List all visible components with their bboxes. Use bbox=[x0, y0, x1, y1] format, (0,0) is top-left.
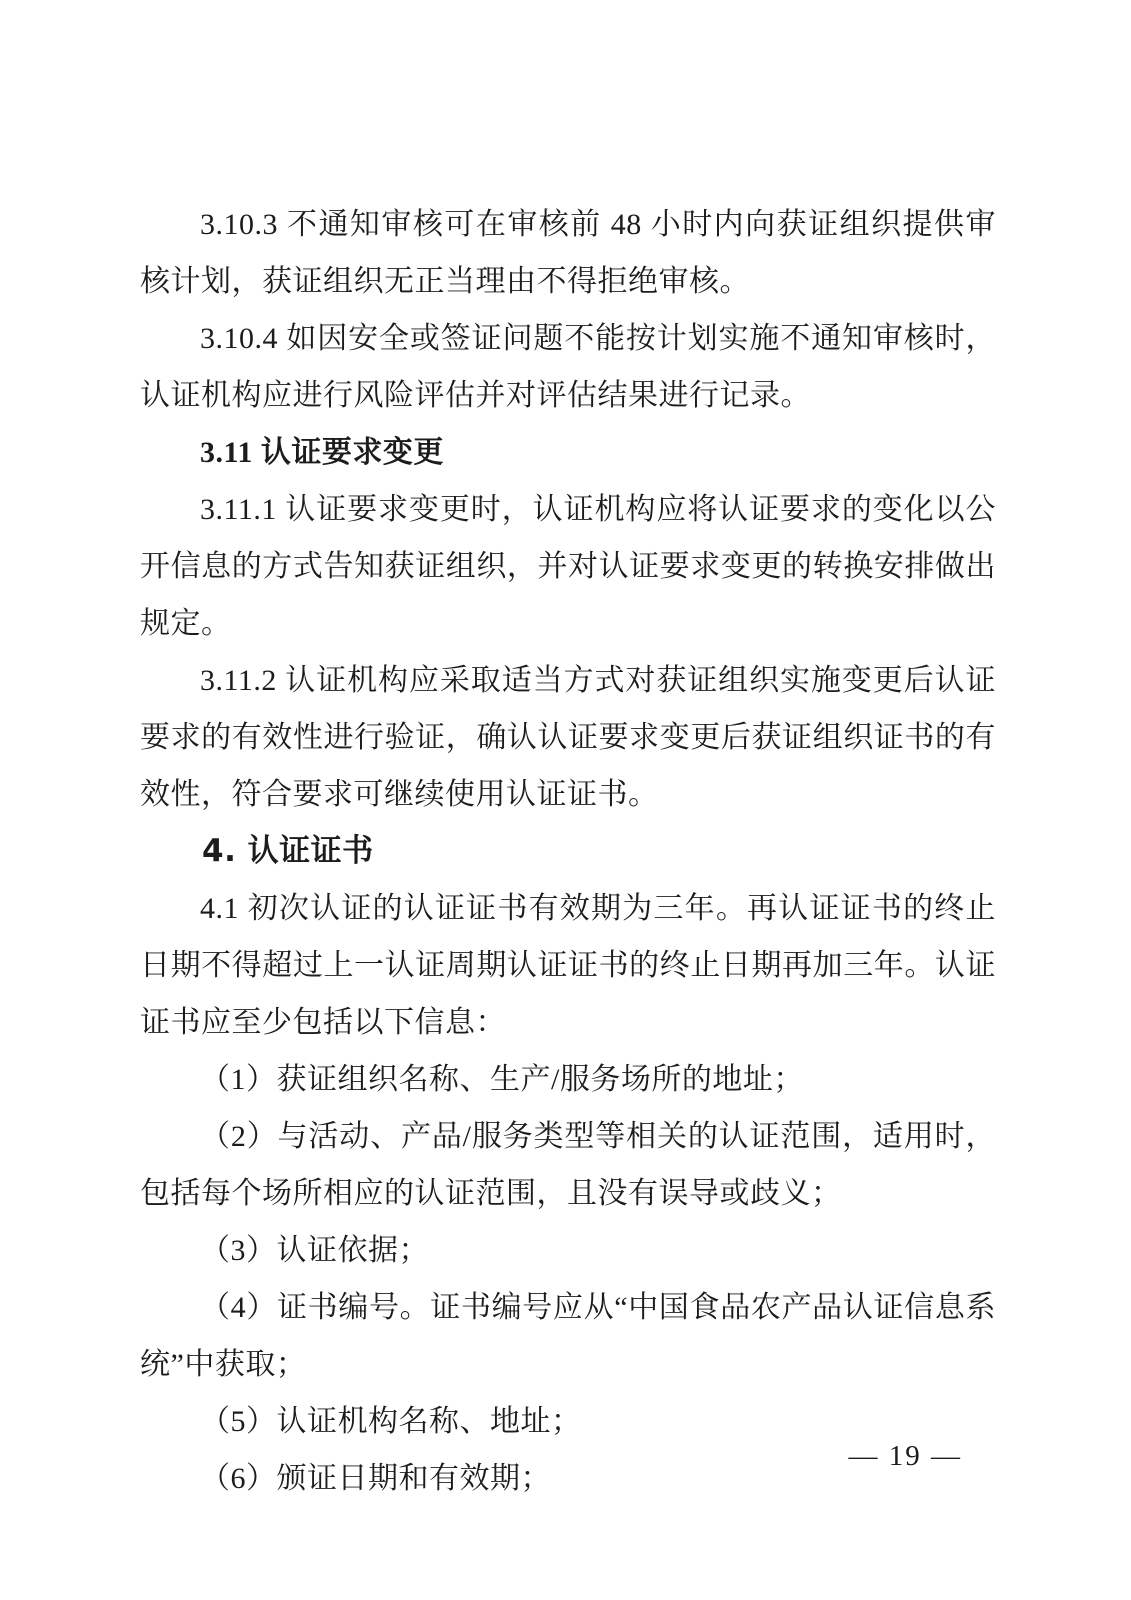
list-item-1: （1）获证组织名称、生产/服务场所的地址； bbox=[140, 1051, 996, 1108]
page-number: — 19 — bbox=[849, 1440, 963, 1472]
section-heading-3-11: 3.11 认证要求变更 bbox=[140, 424, 996, 481]
paragraph-3-11-2: 3.11.2 认证机构应采取适当方式对获证组织实施变更后认证要求的有效性进行验证… bbox=[140, 652, 996, 823]
page-footer: — 19 — bbox=[849, 1438, 963, 1474]
document-page: 3.10.3 不通知审核可在审核前 48 小时内向获证组织提供审核计划，获证组织… bbox=[0, 0, 1131, 1600]
paragraph-3-11-1: 3.11.1 认证要求变更时，认证机构应将认证要求的变化以公开信息的方式告知获证… bbox=[140, 481, 996, 652]
list-item-4: （4）证书编号。证书编号应从“中国食品农产品认证信息系统”中获取； bbox=[140, 1279, 996, 1393]
paragraph-4-1: 4.1 初次认证的认证证书有效期为三年。再认证证书的终止日期不得超过上一认证周期… bbox=[140, 880, 996, 1051]
document-body: 3.10.3 不通知审核可在审核前 48 小时内向获证组织提供审核计划，获证组织… bbox=[140, 196, 996, 1507]
paragraph-3-10-4: 3.10.4 如因安全或签证问题不能按计划实施不通知审核时，认证机构应进行风险评… bbox=[140, 310, 996, 424]
list-item-3: （3）认证依据； bbox=[140, 1222, 996, 1279]
chapter-heading-4: 4. 认证证书 bbox=[140, 823, 996, 880]
list-item-2: （2）与活动、产品/服务类型等相关的认证范围，适用时，包括每个场所相应的认证范围… bbox=[140, 1108, 996, 1222]
paragraph-3-10-3: 3.10.3 不通知审核可在审核前 48 小时内向获证组织提供审核计划，获证组织… bbox=[140, 196, 996, 310]
